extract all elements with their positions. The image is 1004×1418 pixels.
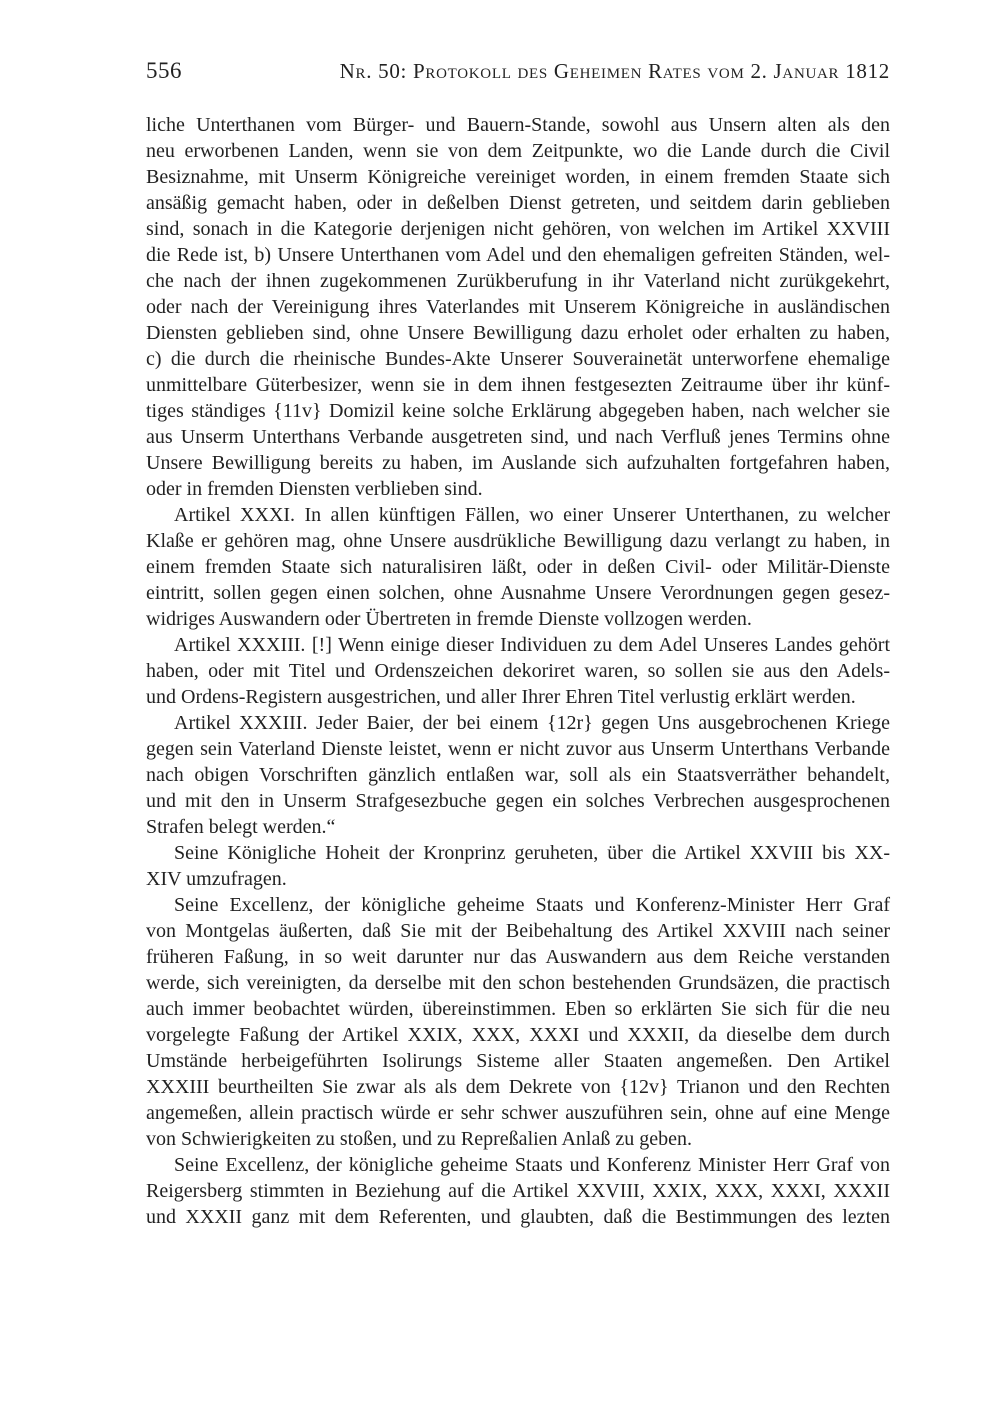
text-line: von Montgelas äußerten, daß Sie mit der …	[146, 918, 890, 944]
paragraph: Seine Königliche Hoheit der Kronprinz ge…	[146, 840, 890, 892]
text-line: Seine Excellenz, der königliche geheime …	[146, 892, 890, 918]
paragraph: Artikel XXXI. In allen künftigen Fällen,…	[146, 502, 890, 632]
text-line: oder in fremden Diensten verblieben sind…	[146, 476, 890, 502]
text-line: werde, sich vereinigten, da derselbe mit…	[146, 970, 890, 996]
text-line: sind, sonach in die Kategorie derjenigen…	[146, 216, 890, 242]
text-line: Seine Königliche Hoheit der Kronprinz ge…	[146, 840, 890, 866]
text-line: die Rede ist, b) Unsere Unterthanen vom …	[146, 242, 890, 268]
running-title: Nr. 50: Protokoll des Geheimen Rates vom…	[340, 59, 890, 84]
running-header: 556 Nr. 50: Protokoll des Geheimen Rates…	[146, 58, 890, 84]
text-line: widriges Auswandern oder Übertreten in f…	[146, 606, 890, 632]
page-body-text: liche Unterthanen vom Bürger- und Bauern…	[146, 112, 890, 1230]
text-line: von Schwierigkeiten zu stoßen, und zu Re…	[146, 1126, 890, 1152]
text-line: Klaße er gehören mag, ohne Unsere ausdrü…	[146, 528, 890, 554]
text-line: Umstände herbeigeführten Isolirungs Sist…	[146, 1048, 890, 1074]
paragraph: Artikel XXXIII. [!] Wenn einige dieser I…	[146, 632, 890, 710]
text-line: einem fremden Staate sich naturalisiren …	[146, 554, 890, 580]
text-line: liche Unterthanen vom Bürger- und Bauern…	[146, 112, 890, 138]
text-line: aus Unserm Unterthans Verbande ausgetret…	[146, 424, 890, 450]
text-line: Unsere Bewilligung bereits zu haben, im …	[146, 450, 890, 476]
book-page: 556 Nr. 50: Protokoll des Geheimen Rates…	[0, 0, 1004, 1418]
text-line: gegen sein Vaterland Dienste leistet, we…	[146, 736, 890, 762]
text-line: eintritt, sollen gegen einen solchen, oh…	[146, 580, 890, 606]
text-line: oder nach der Vereinigung ihres Vaterlan…	[146, 294, 890, 320]
paragraph: Seine Excellenz, der königliche geheime …	[146, 892, 890, 1152]
text-line: und mit den in Unserm Strafgesezbuche ge…	[146, 788, 890, 814]
paragraph: Artikel XXXIII. Jeder Baier, der bei ein…	[146, 710, 890, 840]
text-line: Reigersberg stimmten in Beziehung auf di…	[146, 1178, 890, 1204]
text-line: XIV umzufragen.	[146, 866, 890, 892]
text-line: vorgelegte Faßung der Artikel XXIX, XXX,…	[146, 1022, 890, 1048]
page-number: 556	[146, 58, 182, 84]
text-line: und Ordens-Registern ausgestrichen, und …	[146, 684, 890, 710]
text-line: tiges ständiges {11v} Domizil keine solc…	[146, 398, 890, 424]
text-line: Seine Excellenz, der königliche geheime …	[146, 1152, 890, 1178]
text-line: Strafen belegt werden.“	[146, 814, 890, 840]
text-line: neu erworbenen Landen, wenn sie von dem …	[146, 138, 890, 164]
text-line: angemeßen, allein practisch würde er seh…	[146, 1100, 890, 1126]
text-line: und XXXII ganz mit dem Referenten, und g…	[146, 1204, 890, 1230]
paragraph: Seine Excellenz, der königliche geheime …	[146, 1152, 890, 1230]
text-line: auch immer beobachtet würden, übereinsti…	[146, 996, 890, 1022]
text-line: Diensten geblieben sind, ohne Unsere Bew…	[146, 320, 890, 346]
text-line: Besiznahme, mit Unserm Königreiche verei…	[146, 164, 890, 190]
text-line: Artikel XXXIII. Jeder Baier, der bei ein…	[146, 710, 890, 736]
text-line: che nach der ihnen zugekommenen Zurükber…	[146, 268, 890, 294]
text-line: c) die durch die rheinische Bundes-Akte …	[146, 346, 890, 372]
text-line: haben, oder mit Titel und Ordenszeichen …	[146, 658, 890, 684]
text-line: Artikel XXXI. In allen künftigen Fällen,…	[146, 502, 890, 528]
text-line: ansäßig gemacht haben, oder in deßelben …	[146, 190, 890, 216]
text-line: nach obigen Vorschriften gänzlich entlaß…	[146, 762, 890, 788]
text-line: unmittelbare Güterbesizer, wenn sie in d…	[146, 372, 890, 398]
text-line: XXXIII beurtheilten Sie zwar als als dem…	[146, 1074, 890, 1100]
text-line: früheren Faßung, in so weit darunter nur…	[146, 944, 890, 970]
text-line: Artikel XXXIII. [!] Wenn einige dieser I…	[146, 632, 890, 658]
paragraph: liche Unterthanen vom Bürger- und Bauern…	[146, 112, 890, 502]
